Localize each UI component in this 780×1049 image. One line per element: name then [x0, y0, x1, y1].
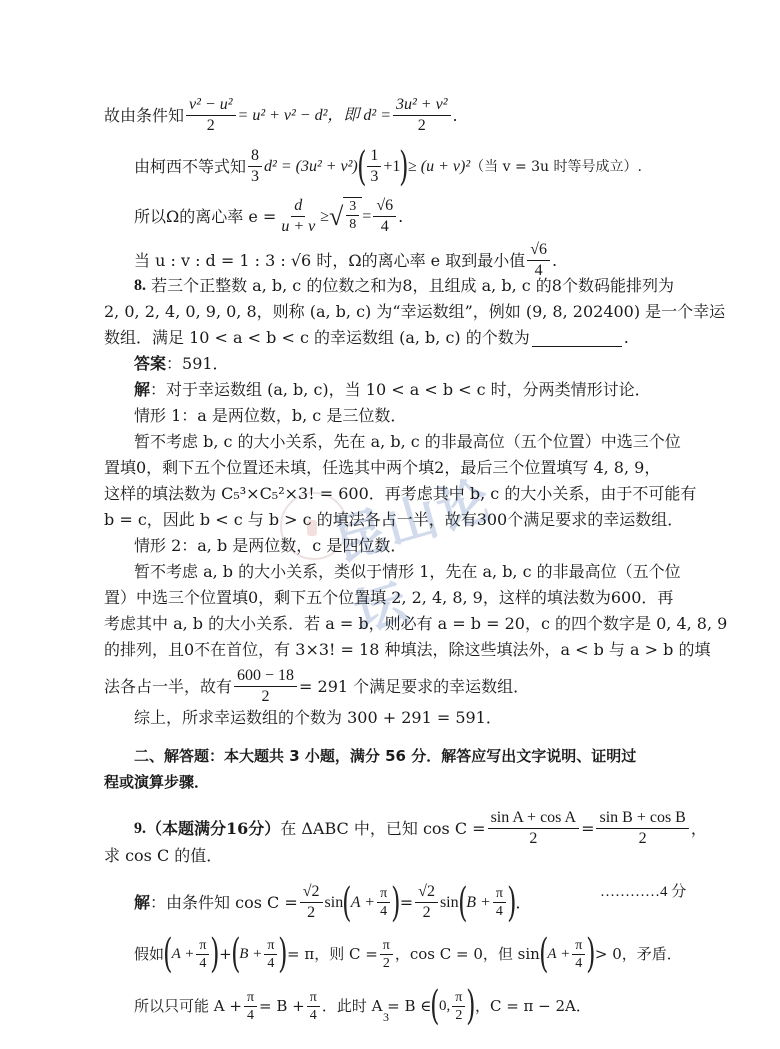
text: 若三个正整数 a, b, c 的位数之和为8，且组成 a, b, c 的8个数码… [151, 276, 674, 296]
text: 法各占一半，故有 [104, 677, 232, 697]
section-2-heading-cont: 程或演算步骤． [104, 772, 209, 792]
case-2-line: 置）中选三个位置填0，剩下五个位置填 2, 2, 4, 8, 9，这样的填法数为… [104, 588, 673, 608]
problem-number: 8. [134, 276, 146, 296]
fraction: sin B + cos B2 [596, 808, 688, 849]
continuation-line-4: 当 u : v : d = 1 : 3 : √6 时，Ω的离心率 e 取到最小值… [134, 240, 557, 281]
case-1-line: b = c，因此 b < c 与 b > c 的填法各占一半，故有300个满足要… [104, 510, 683, 530]
text: = 291 个满足要求的幸运数组． [299, 677, 529, 697]
problem-number: 9. [134, 819, 146, 839]
answer-line: 答案 ：591． [134, 354, 229, 374]
fraction: sin A + cos A2 [488, 808, 579, 849]
fraction: du + v [278, 196, 318, 237]
text: （当 v = 3u 时等号成立）. [470, 157, 642, 177]
page-number: 3 [383, 1010, 389, 1025]
case-1-line: 这样的填法数为 C₅³×C₅²×3! = 600．再考虑其中 b, c 的大小关… [104, 484, 696, 504]
section-2-heading: 二、解答题：本大题共 3 小题，满分 56 分．解答应写出文字说明、证明过 [134, 746, 636, 766]
text: 在 ΔABC 中，已知 cos C = [280, 819, 485, 839]
problem-9-statement: 9. （本题满分16分） 在 ΔABC 中，已知 cos C = sin A +… [134, 808, 707, 849]
continuation-line-2: 由柯西不等式知 83 d² = (3u² + v²) ( 13 +1 ) ≥ (… [134, 146, 642, 187]
fraction: √64 [527, 240, 550, 281]
score-marker-4: …………4 分 [600, 880, 686, 901]
text: 综上，所求幸运数组的个数为 300 + 291 = 591． [134, 708, 502, 728]
problem-8-line-1: 8. 若三个正整数 a, b, c 的位数之和为8，且组成 a, b, c 的8… [134, 276, 674, 296]
continuation-line-3: 所以Ω的离心率 e = du + v ≥ √38 = √64 . [134, 196, 403, 237]
solution-intro: 解 ：对于幸运数组 (a, b, c)，当 10 < a < b < c 时，分… [134, 380, 651, 400]
fraction: 83 [248, 146, 262, 187]
exam-solution-page: 昆山论坛 故由条件知 v² − u²2 = u² + v² − d²，即 d² … [0, 0, 780, 1049]
case-1-title: 情形 1：a 是两位数，b, c 是三位数． [134, 406, 406, 426]
fraction: 3u² + v²2 [393, 95, 451, 136]
fraction: 13 [367, 146, 381, 187]
text: 2, 0, 2, 4, 0, 9, 0, 8，则称 (a, b, c) 为“幸运… [104, 302, 725, 322]
equation-text: ≥ [320, 207, 329, 227]
sqrt: √38 [329, 197, 362, 237]
text: 所以Ω的离心率 e = [134, 207, 276, 227]
p9-solution-line-1: 解 ：由条件知 cos C = √22 sin (A + π4) = √22 s… [134, 882, 532, 923]
right-paren: ) [400, 147, 409, 187]
text: 数组．满足 10 < a < b < c 的幸运数组 (a, b, c) 的个数… [104, 328, 530, 348]
left-paren: ( [357, 147, 366, 187]
text: 情形 1：a 是两位数，b, c 是三位数． [134, 406, 406, 426]
problem-8-line-3: 数组．满足 10 < a < b < c 的幸运数组 (a, b, c) 的个数… [104, 328, 629, 348]
case-1-line: 置填0，剩下五个位置还未填，任选其中两个填2，最后三个位置填写 4, 8, 9， [104, 458, 660, 478]
text: 由柯西不等式知 [134, 157, 246, 177]
answer-value: ：591． [166, 354, 229, 374]
solution-label: 解 [134, 893, 150, 913]
text: ：对于幸运数组 (a, b, c)，当 10 < a < b < c 时，分两类… [150, 380, 651, 400]
problem-9-statement-2: 求 cos C 的值． [104, 846, 222, 866]
case-2-last-line: 法各占一半，故有 600 − 182 = 291 个满足要求的幸运数组． [104, 666, 529, 707]
p9-solution-line-3: 所以只可能 A + π4 = B + π4 ．此时 A = B ∈ (0,π2)… [134, 986, 591, 1026]
text: . [552, 251, 557, 271]
continuation-line-1: 故由条件知 v² − u²2 = u² + v² − d²，即 d² = 3u²… [104, 95, 458, 136]
case-2-line: 暂不考虑 a, b 的大小关系，类似于情形 1，先在 a, b, c 的非最高位… [134, 562, 681, 582]
solution-label: 解 [134, 380, 150, 400]
equation-text: = [362, 207, 371, 227]
problem-8-line-2: 2, 0, 2, 4, 0, 9, 0, 8，则称 (a, b, c) 为“幸运… [104, 302, 725, 322]
p9-solution-line-2: 假如 (A +π4) + (B +π4) = π，则 C = π2 ，cos C… [134, 934, 682, 974]
points-label: （本题满分16分） [146, 819, 280, 839]
fraction: 600 − 182 [234, 666, 297, 707]
equation-text: d² = (3u² + v²) [264, 157, 358, 177]
case-1-line: 暂不考虑 b, c 的大小关系，先在 a, b, c 的非最高位（五个位置）中选… [134, 432, 681, 452]
case-2-line: 考虑其中 a, b 的大小关系．若 a = b，则必有 a = b = 20，c… [104, 614, 727, 634]
equation-text: = u² + v² − d²，即 d² = [238, 106, 391, 126]
equation-text: ≥ (u + v)² [408, 157, 470, 177]
answer-blank [532, 330, 622, 347]
text: . [398, 207, 403, 227]
case-2-title: 情形 2：a, b 是两位数，c 是四位数． [134, 536, 406, 556]
case-2-line: 的排列，且0不在首位，有 3×3! = 18 种填法，除这些填法外，a < b … [104, 640, 710, 660]
summary-line: 综上，所求幸运数组的个数为 300 + 291 = 591． [134, 708, 502, 728]
answer-label: 答案 [134, 354, 166, 374]
text: 故由条件知 [104, 106, 184, 126]
text: . [624, 328, 629, 348]
fraction: v² − u²2 [186, 95, 236, 136]
text: 当 u : v : d = 1 : 3 : √6 时，Ω的离心率 e 取到最小值 [134, 251, 525, 271]
text: 情形 2：a, b 是两位数，c 是四位数． [134, 536, 406, 556]
equation-text: +1 [383, 157, 400, 177]
text: . [453, 106, 458, 126]
fraction: √64 [373, 196, 396, 237]
